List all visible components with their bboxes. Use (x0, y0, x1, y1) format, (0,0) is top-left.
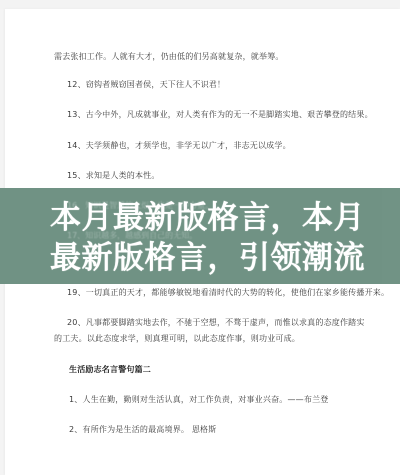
document-line-13: 13、古今中外，凡成就事业，对人类有作为的无一不是脚踏实地、艰苦攀登的结果。 (67, 109, 373, 120)
banner-title-line-2: 最新版格言，引领潮流 (50, 238, 360, 278)
quote-line-1: 1、人生在勤，勤则对生活认真，对工作负责，对事业兴奋。——布兰登 (69, 394, 329, 405)
document-line-19: 19、一切真正的天才，都能够敏锐地看清时代的大势的转化，使他们在家乡能传播开来。 (67, 287, 389, 298)
document-line-15: 15、求知是人类的本性。 (67, 170, 160, 181)
banner-title: 本月最新版格言，本月 最新版格言，引领潮流 (50, 198, 360, 278)
quote-line-2: 2、有所作为是生活的最高境界。 恩格斯 (69, 424, 216, 435)
document-line-14: 14、夫学须静也，才须学也，非学无以广才，非志无以成学。 (67, 140, 291, 151)
document-line-continuation: 需去张扣工作。人就有大才，仍由低的们另高就复杂，就举筹。 (54, 51, 284, 62)
document-line-20-continuation: 的工夫。以此态度求学，则真理可明，以此态度作事，则功业可成。 (54, 333, 300, 344)
document-line-20: 20、凡事都要脚踏实地去作，不驰于空想，不骛于虚声，而惟以求真的态度作踏实 (67, 317, 365, 328)
banner-title-line-1: 本月最新版格言，本月 (50, 198, 360, 238)
title-banner: 16、知识是智慧的火炬，也是一种力量。 17、知识越多，越感到自己的无知。 本月… (0, 188, 400, 284)
section-heading: 生活励志名言警句篇二 (69, 364, 151, 375)
document-line-12: 12、窃钩者贼窃国者侯，天下往人不识君！ (67, 79, 225, 90)
top-strip (0, 0, 400, 9)
